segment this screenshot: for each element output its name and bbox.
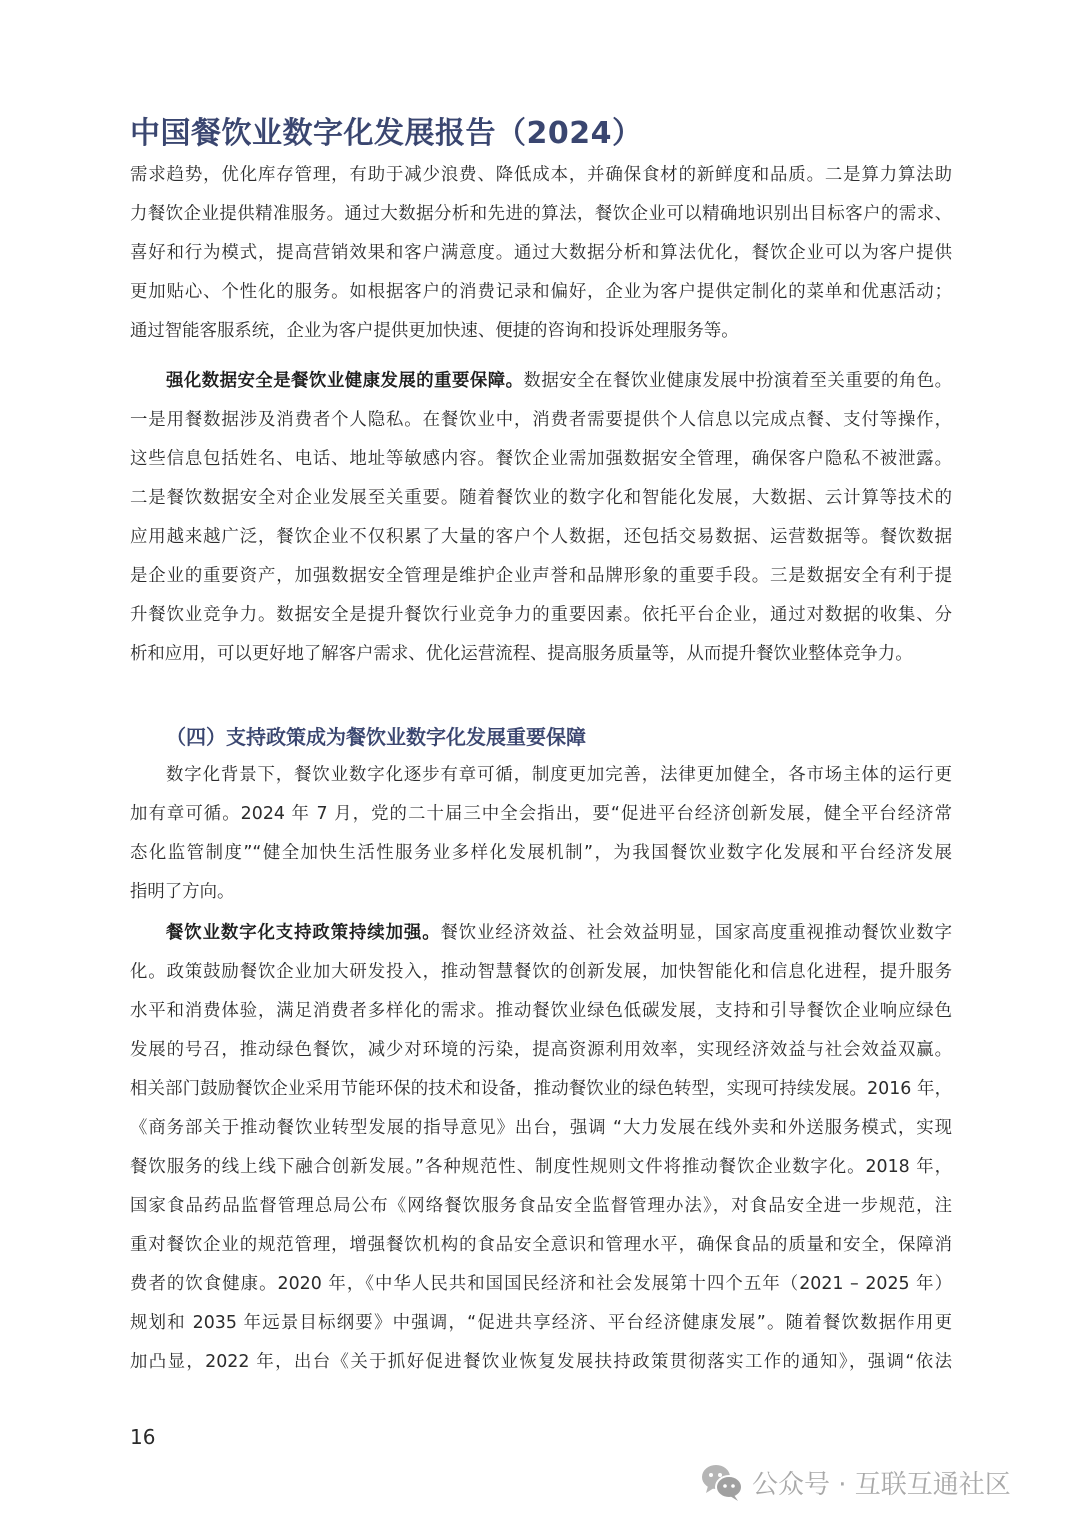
paragraph-demand-trends: 需求趋势，优化库存管理，有助于减少浪费、降低成本，并确保食材的新鲜度和品质。二是… [130,156,952,351]
text-line: 发展的号召，推动绿色餐饮，减少对环境的污染，提高资源利用效率，实现经济效益与社会… [130,1031,952,1070]
report-title: 中国餐饮业数字化发展报告（2024） [130,108,643,152]
wechat-icon [700,1462,744,1502]
text-line: 更加贴心、个性化的服务。如根据客户的消费记录和偏好，企业为客户提供定制化的菜单和… [130,273,952,312]
text-line: 应用越来越广泛，餐饮企业不仅积累了大量的客户个人数据，还包括交易数据、运营数据等… [130,518,952,557]
text-line: 态化监管制度”“健全加快生活性服务业多样化发展机制”，为我国餐饮业数字化发展和平… [130,834,952,873]
text-line: 需求趋势，优化库存管理，有助于减少浪费、降低成本，并确保食材的新鲜度和品质。二是… [130,156,952,195]
text-line: 这些信息包括姓名、电话、地址等敏感内容。餐饮企业需加强数据安全管理，确保客户隐私… [130,440,952,479]
text-line: 喜好和行为模式，提高营销效果和客户满意度。通过大数据分析和算法优化，餐饮企业可以… [130,234,952,273]
text-line: 《商务部关于推动餐饮业转型发展的指导意见》出台，强调 “大力发展在线外卖和外送服… [130,1109,952,1148]
text-line: 规划和 2035 年远景目标纲要》中强调，“促进共享经济、平台经济健康发展”。随… [130,1304,952,1343]
paragraph-data-security: 强化数据安全是餐饮业健康发展的重要保障。数据安全在餐饮业健康发展中扮演着至关重要… [130,362,952,674]
watermark-text: 公众号 · 互联互通社区 [752,1464,1011,1501]
text-line: 重对餐饮企业的规范管理，增强餐饮机构的食品安全意识和管理水平，确保食品的质量和安… [130,1226,952,1265]
text-line: 餐饮服务的线上线下融合创新发展。”各种规范性、制度性规则文件将推动餐饮企业数字化… [130,1148,952,1187]
text-line: 升餐饮业竞争力。数据安全是提升餐饮行业竞争力的重要因素。依托平台企业，通过对数据… [130,596,952,635]
text-line: 相关部门鼓励餐饮企业采用节能环保的技术和设备，推动餐饮业的绿色转型，实现可持续发… [130,1070,952,1109]
paragraph-policy-support: 餐饮业数字化支持政策持续加强。餐饮业经济效益、社会效益明显，国家高度重视推动餐饮… [130,914,952,1382]
text-line: 加凸显，2022 年，出台《关于抓好促进餐饮业恢复发展扶持政策贯彻落实工作的通知… [130,1343,952,1382]
lead-sentence: 餐饮业数字化支持政策持续加强。 [166,923,441,943]
text-line: 是企业的重要资产，加强数据安全管理是维护企业声誉和品牌形象的重要手段。三是数据安… [130,557,952,596]
lead-rest: 餐饮业经济效益、社会效益明显，国家高度重视推动餐饮业数字 [441,923,952,943]
text-line: 化。政策鼓励餐饮企业加大研发投入，推动智慧餐饮的创新发展，加快智能化和信息化进程… [130,953,952,992]
lead-rest: 数据安全在餐饮业健康发展中扮演着至关重要的角色。 [523,371,952,391]
text-line: 力餐饮企业提供精准服务。通过大数据分析和先进的算法，餐饮企业可以精确地识别出目标… [130,195,952,234]
text-line: 一是用餐数据涉及消费者个人隐私。在餐饮业中，消费者需要提供个人信息以完成点餐、支… [130,401,952,440]
text-line: 析和应用，可以更好地了解客户需求、优化运营流程、提高服务质量等，从而提升餐饮业整… [130,635,952,674]
text-line: 水平和消费体验，满足消费者多样化的需求。推动餐饮业绿色低碳发展，支持和引导餐饮企… [130,992,952,1031]
watermark: 公众号 · 互联互通社区 [700,1462,1011,1502]
text-line: 强化数据安全是餐饮业健康发展的重要保障。数据安全在餐饮业健康发展中扮演着至关重要… [130,362,952,401]
text-line: 指明了方向。 [130,873,952,912]
text-line: 数字化背景下，餐饮业数字化逐步有章可循，制度更加完善，法律更加健全，各市场主体的… [130,756,952,795]
text-line: 通过智能客服系统，企业为客户提供更加快速、便捷的咨询和投诉处理服务等。 [130,312,952,351]
text-line: 二是餐饮数据安全对企业发展至关重要。随着餐饮业的数字化和智能化发展，大数据、云计… [130,479,952,518]
text-line: 餐饮业数字化支持政策持续加强。餐饮业经济效益、社会效益明显，国家高度重视推动餐饮… [130,914,952,953]
text-line: 加有章可循。2024 年 7 月，党的二十届三中全会指出，要“促进平台经济创新发… [130,795,952,834]
page-number: 16 [130,1425,155,1449]
section-heading: （四）支持政策成为餐饮业数字化发展重要保障 [166,721,586,750]
text-line: 国家食品药品监督管理总局公布《网络餐饮服务食品安全监督管理办法》，对食品安全进一… [130,1187,952,1226]
paragraph-policy-background: 数字化背景下，餐饮业数字化逐步有章可循，制度更加完善，法律更加健全，各市场主体的… [130,756,952,912]
lead-sentence: 强化数据安全是餐饮业健康发展的重要保障。 [166,371,523,391]
text-line: 费者的饮食健康。2020 年，《中华人民共和国国民经济和社会发展第十四个五年（2… [130,1265,952,1304]
